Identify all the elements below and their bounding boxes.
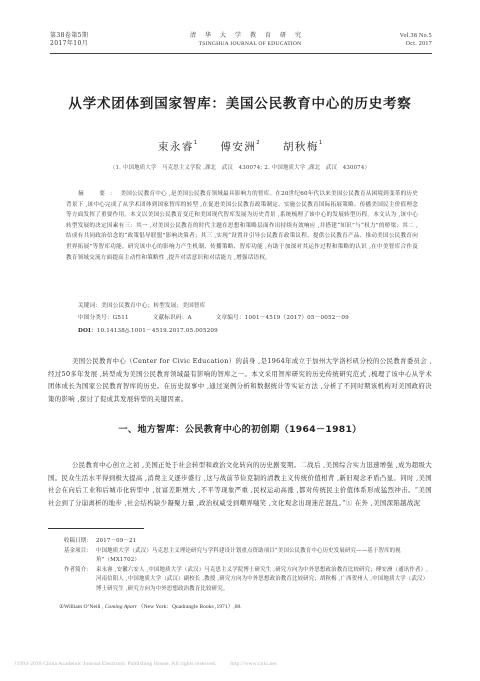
reference-title: Coming Apart xyxy=(105,604,137,610)
affiliation-mark: 2 xyxy=(256,140,259,146)
affiliation-mark: 1 xyxy=(319,140,322,146)
author: 束永睿1 xyxy=(158,141,197,153)
reference-details: （New York：Quadrangle Books ,1971）,68. xyxy=(138,604,242,610)
abstract-label: 摘 要： xyxy=(78,191,120,197)
doi: DOI：10.14138/j.1001－4519.2017.05.005209 xyxy=(78,326,218,334)
author: 傅安洲2 xyxy=(220,141,259,153)
author-bio-label: 作者简介： xyxy=(64,566,96,595)
author-bio-value: 束永睿 ,安徽六安人 ,中国地质大学（武汉）马克思主义学院博士研究生 ,研究方向… xyxy=(96,566,432,595)
author-bio: 作者简介： 束永睿 ,安徽六安人 ,中国地质大学（武汉）马克思主义学院博士研究生… xyxy=(64,566,432,595)
received-date: 收稿日期： 2017－09－21 xyxy=(64,537,432,547)
abstract-text: 美国公民教育中心 ,是美国公民教育领域最具影响力的智库。在20世纪60年代以来美… xyxy=(66,191,418,261)
author-name: 胡秋梅 xyxy=(283,141,319,153)
running-header: 第38卷第5期 2017年10月 清华大学教育研究 TSINGHUA JOURN… xyxy=(50,32,432,54)
received-date-label: 收稿日期： xyxy=(64,537,96,547)
issue-date-en: Oct. 2017 xyxy=(400,40,432,48)
journal-name-cn: 清华大学教育研究 xyxy=(170,32,330,40)
keywords-text: 美国公民教育中心；转型发展；美国智库 xyxy=(101,303,205,309)
header-rule xyxy=(50,53,432,54)
document-code: 文献标识码：A xyxy=(153,313,192,321)
article-number-value: 1001－4519（2017）05－0052－09 xyxy=(245,313,349,321)
copyright-footer: ?1994-2018 China Academic Journal Electr… xyxy=(14,661,474,667)
document-code-value: A xyxy=(187,315,191,321)
footnote-rule xyxy=(48,528,144,529)
article-number-label: 文章编号： xyxy=(216,313,245,321)
issue-number-cn: 第38卷第5期 xyxy=(50,32,88,40)
fund-info: 基金项目： 中国地质大学（武汉）马克思主义理论研究与学科建设计划重点资助项目“美… xyxy=(64,547,432,566)
author-affiliations: （1. 中国地质大学 马克思主义学院 ,湖北 武汉 430074; 2. 中国地… xyxy=(40,163,440,171)
author-list: 束永睿1 傅安洲2 胡秋梅1 xyxy=(40,139,440,154)
section-heading: 一、地方智库：公民教育中心的初创期（1964－1981） xyxy=(40,421,440,435)
intro-paragraph: 美国公民教育中心（Center for Civic Education）的前身 … xyxy=(48,355,432,405)
keywords: 关键词：美国公民教育中心；转型发展；美国智库 xyxy=(78,301,205,309)
fund-info-value: 中国地质大学（武汉）马克思主义理论研究与学科建设计划重点资助项目“美国公民教育中… xyxy=(96,547,432,566)
article-number: 文章编号：1001－4519（2017）05－0052－09 xyxy=(216,313,349,321)
journal-name-en: TSINGHUA JOURNAL OF EDUCATION xyxy=(170,40,330,48)
abstract: 摘 要：美国公民教育中心 ,是美国公民教育领域最具影响力的智库。在20世纪60年… xyxy=(66,189,418,263)
reference-footnote: ①William O’Neill , Coming Apart （New Yor… xyxy=(59,602,242,610)
reference-author: William O’Neill , xyxy=(64,604,103,610)
author-name: 束永睿 xyxy=(158,141,194,153)
author: 胡秋梅1 xyxy=(283,141,322,153)
article-title: 从学术团体到国家智库：美国公民教育中心的历史考察 xyxy=(40,92,440,112)
document-code-label: 文献标识码： xyxy=(153,313,188,321)
fund-info-label: 基金项目： xyxy=(64,547,96,566)
keywords-label: 关键词： xyxy=(78,303,101,309)
clc-number: 中图分类号：G511 xyxy=(78,313,129,321)
body-paragraph: 公民教育中心创立之初 ,美国正处于社会转型和政治文化转向的历史剧变期。二战后 ,… xyxy=(48,459,432,509)
footnotes: 收稿日期： 2017－09－21 基金项目： 中国地质大学（武汉）马克思主义理论… xyxy=(64,537,432,595)
copyright-text: ?1994-2018 China Academic Journal Electr… xyxy=(14,661,216,667)
journal-name: 清华大学教育研究 TSINGHUA JOURNAL OF EDUCATION xyxy=(170,32,330,48)
doi-value: 10.14138/j.1001－4519.2017.05.005209 xyxy=(97,328,218,334)
issue-date-cn: 2017年10月 xyxy=(50,40,88,48)
classification-info: 中图分类号：G511 文献标识码：A 文章编号：1001－4519（2017）0… xyxy=(78,313,349,321)
publisher-url[interactable]: http://www.cnki.net xyxy=(230,661,276,667)
issue-info-en: Vol.38 No.5 Oct. 2017 xyxy=(400,32,432,48)
issue-info-cn: 第38卷第5期 2017年10月 xyxy=(50,32,88,48)
doi-label: DOI： xyxy=(78,328,97,334)
clc-value: G511 xyxy=(113,315,129,321)
volume-number-en: Vol.38 No.5 xyxy=(400,32,432,40)
affiliation-mark: 1 xyxy=(194,140,197,146)
clc-label: 中图分类号： xyxy=(78,313,113,321)
received-date-value: 2017－09－21 xyxy=(96,537,432,547)
author-name: 傅安洲 xyxy=(220,141,256,153)
